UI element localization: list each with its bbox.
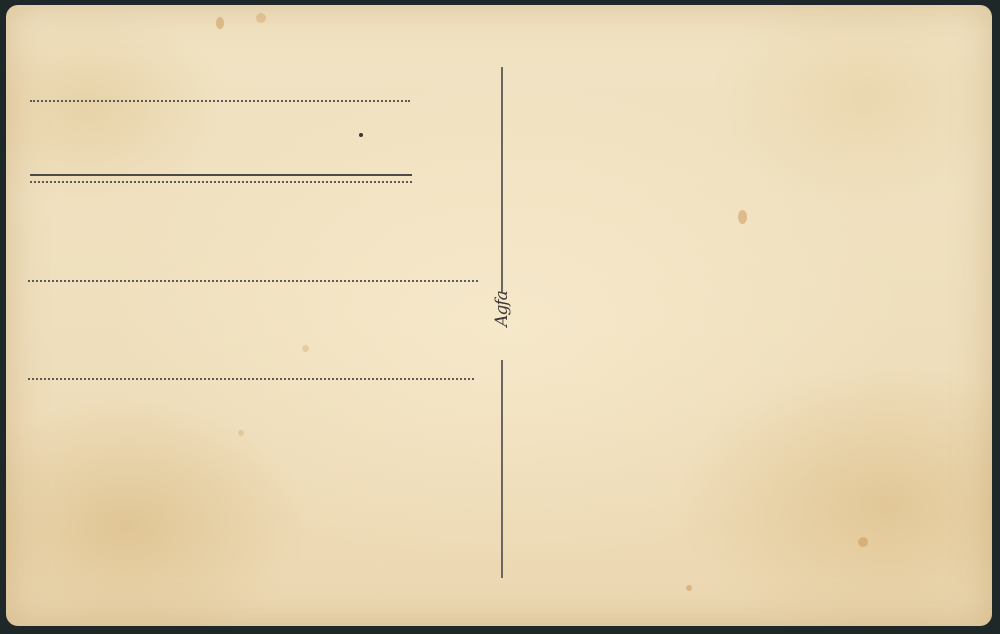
scan-background: Agfa [0, 0, 1000, 634]
center-divider-bottom [501, 360, 503, 578]
stain [256, 13, 266, 23]
stain [858, 537, 868, 547]
stain [686, 585, 692, 591]
brand-mark: Agfa [491, 279, 513, 339]
stain [238, 430, 244, 436]
stain [302, 345, 309, 352]
address-line-2 [30, 181, 412, 183]
ink-dot [359, 133, 363, 137]
address-line-3 [28, 280, 478, 282]
address-line-4 [28, 378, 474, 380]
center-divider-top [501, 67, 503, 292]
address-line-2-solid [30, 174, 412, 176]
stain [216, 17, 224, 29]
address-line-1 [30, 100, 410, 102]
stain [738, 210, 747, 224]
